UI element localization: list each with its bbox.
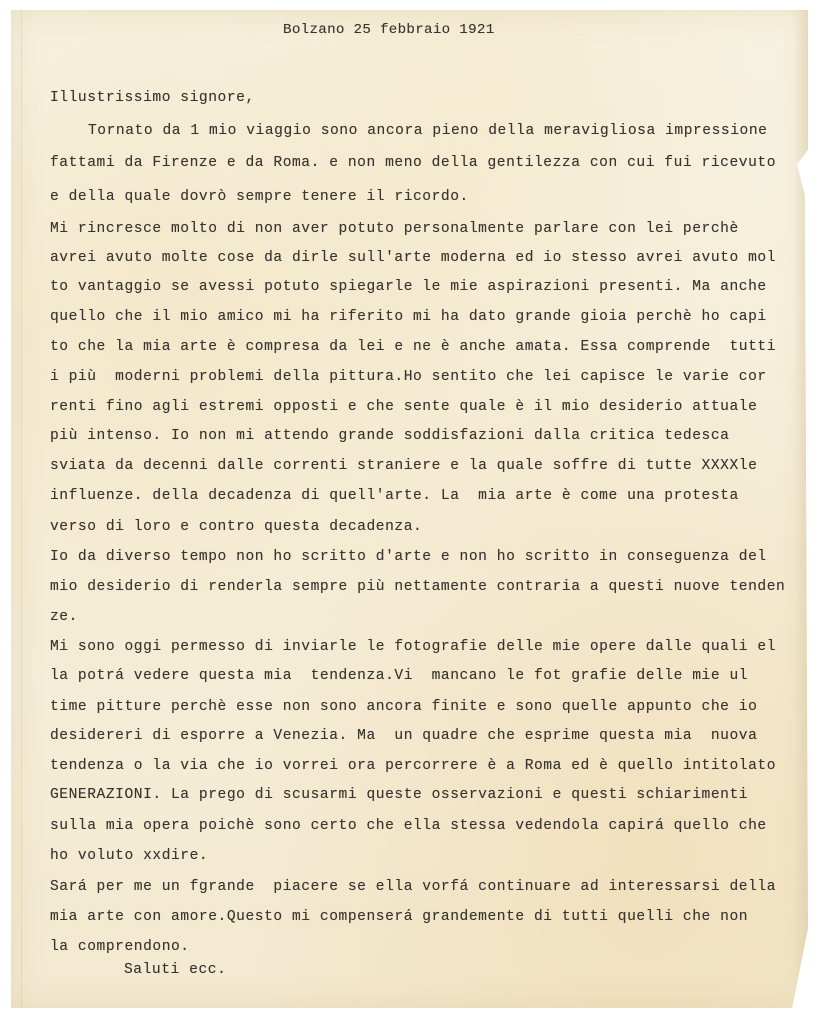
letter-line: ze. xyxy=(50,609,78,625)
letter-line: più intenso. Io non mi attendo grande so… xyxy=(50,428,729,444)
letter-line: GENERAZIONI. La prego di scusarmi queste… xyxy=(50,787,748,803)
letter-line: desidereri di esporre a Venezia. Ma un q… xyxy=(50,728,757,744)
letter-line: mio desiderio di renderla sempre più net… xyxy=(50,579,785,595)
letter-closing: Saluti ecc. xyxy=(124,962,226,978)
letter-line: to vantaggio se avessi potuto spiegarle … xyxy=(50,279,767,295)
letter-line: quello che il mio amico mi ha riferito m… xyxy=(50,309,767,325)
letter-line: tendenza o la via che io vorrei ora perc… xyxy=(50,758,776,774)
letter-line: Tornato da 1 mio viaggio sono ancora pie… xyxy=(88,123,767,139)
letter-line: e della quale dovrò sempre tenere il ric… xyxy=(50,189,469,205)
letter-line: sviata da decenni dalle correnti stranie… xyxy=(50,458,757,474)
letter-line: time pitture perchè esse non sono ancora… xyxy=(50,699,757,715)
letter-line: la potrá vedere questa mia tendenza.Vi m… xyxy=(50,668,748,684)
letter-line: ho voluto xxdire. xyxy=(50,848,208,864)
letter-line: i più moderni problemi della pittura.Ho … xyxy=(50,369,767,385)
letter-line: avrei avuto molte cose da dirle sull'art… xyxy=(50,250,776,266)
letter-line: influenze. della decadenza di quell'arte… xyxy=(50,488,739,504)
letter-line: to che la mia arte è compresa da lei e n… xyxy=(50,339,776,355)
letter-line: Io da diverso tempo non ho scritto d'art… xyxy=(50,549,767,565)
letter-line: Mi rincresce molto di non aver potuto pe… xyxy=(50,221,739,237)
letter-line: Mi sono oggi permesso di inviarle le fot… xyxy=(50,639,776,655)
letter-line: renti fino agli estremi opposti e che se… xyxy=(50,399,757,415)
letter-line: sulla mia opera poichè sono certo che el… xyxy=(50,818,767,834)
letter-line: verso di loro e contro questa decadenza. xyxy=(50,519,422,535)
letter-line: fattami da Firenze e da Roma. e non meno… xyxy=(50,155,776,171)
letter-body: Tornato da 1 mio viaggio sono ancora pie… xyxy=(0,0,820,1024)
letter-line: Sará per me un fgrande piacere se ella v… xyxy=(50,879,776,895)
letter-line: mia arte con amore.Questo mi compenserá … xyxy=(50,909,748,925)
letter-line: la comprendono. xyxy=(50,939,190,955)
